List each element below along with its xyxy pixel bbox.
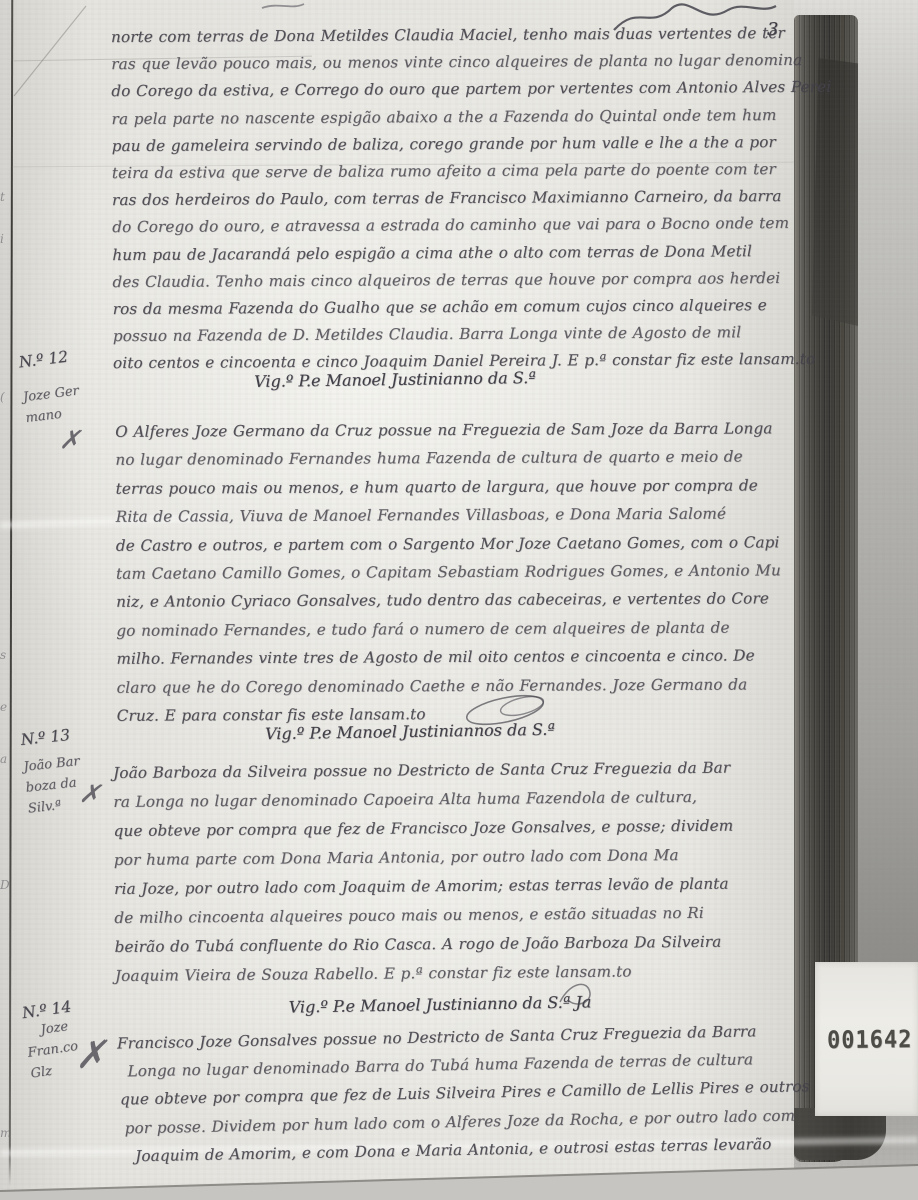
text-line: tam Caetano Camillo Gomes, o Capitam Seb… bbox=[116, 556, 802, 588]
cross-mark-icon: ✗ bbox=[74, 1035, 115, 1074]
text-line: ras dos herdeiros do Paulo, com terras d… bbox=[112, 183, 802, 214]
entry-text-block: norte com terras de Dona Metildes Claudi… bbox=[111, 20, 803, 378]
margin-entry-12: N.º 12 Joze Ger mano ✗ bbox=[18, 343, 117, 461]
text-line: claro que he do Corego denominado Caethe… bbox=[117, 670, 803, 702]
cross-mark-icon: ✗ bbox=[59, 427, 115, 454]
text-line: Rita de Cassia, Viuva de Manoel Fernande… bbox=[116, 499, 802, 531]
text-line: do Corego da estiva, e Corrego do ouro q… bbox=[111, 74, 801, 105]
entry-text-block: João Barboza da Silveira possue no Destr… bbox=[113, 753, 801, 991]
text-line: pau de gameleira servindo de baliza, cor… bbox=[112, 129, 802, 160]
margin-entry-14: N.º 14 Joze Fran.co Glz ✗ bbox=[21, 992, 117, 1082]
text-line: terras pouco mais ou menos, e hum quarto… bbox=[115, 471, 801, 503]
text-line: ra pela parte no nascente espigão abaixo… bbox=[111, 102, 801, 133]
margin-entry-13: N.º 13 João Bar boza da Silv.ª ✗ bbox=[20, 721, 120, 815]
text-line: ras que levão pouco mais, ou menos vinte… bbox=[111, 47, 801, 78]
stamp-number: 001642 bbox=[827, 1026, 913, 1054]
edge-ink-fragment: ( bbox=[0, 390, 11, 404]
book-edge-shadow bbox=[812, 58, 858, 326]
text-line: niz, e Antonio Cyriaco Gonsalves, tudo d… bbox=[116, 585, 802, 617]
edge-ink-fragment: i bbox=[0, 232, 11, 246]
archive-stamp-label: 001642 bbox=[815, 962, 918, 1116]
text-line: Joaquim Vieira de Souza Rabello. E p.ª c… bbox=[115, 956, 801, 991]
text-line: norte com terras de Dona Metildes Claudi… bbox=[111, 20, 801, 51]
entry-text-block: Francisco Joze Gonsalves possue no Destr… bbox=[117, 1016, 802, 1170]
text-line: no lugar denominado Fernandes huma Fazen… bbox=[115, 443, 801, 475]
text-line: teira da estiva que serve de baliza rumo… bbox=[112, 156, 802, 187]
text-line: possuo na Fazenda de D. Metildes Claudia… bbox=[113, 319, 803, 350]
text-line: de Castro e outros, e partem com o Sarge… bbox=[116, 528, 802, 560]
text-line: hum pau de Jacarandá pelo espigão a cima… bbox=[112, 238, 802, 269]
text-line: do Corego do ouro, e atravessa a estrada… bbox=[112, 210, 802, 241]
text-line: go nominado Fernandes, e tudo fará o num… bbox=[116, 613, 802, 645]
edge-ink-fragment: t bbox=[0, 190, 11, 204]
text-line: O Alferes Joze Germano da Cruz possue na… bbox=[115, 414, 801, 446]
text-line: des Claudia. Tenho mais cinco alqueiros … bbox=[112, 265, 802, 296]
text-line: milho. Fernandes vinte tres de Agosto de… bbox=[116, 641, 802, 673]
entry-text-block: O Alferes Joze Germano da Cruz possue na… bbox=[115, 414, 803, 730]
text-line: ros da mesma Fazenda do Gualho que se ac… bbox=[113, 292, 803, 323]
scanned-register-page: t i ( s e a D ma 3 norte com terras de D… bbox=[0, 0, 918, 1200]
